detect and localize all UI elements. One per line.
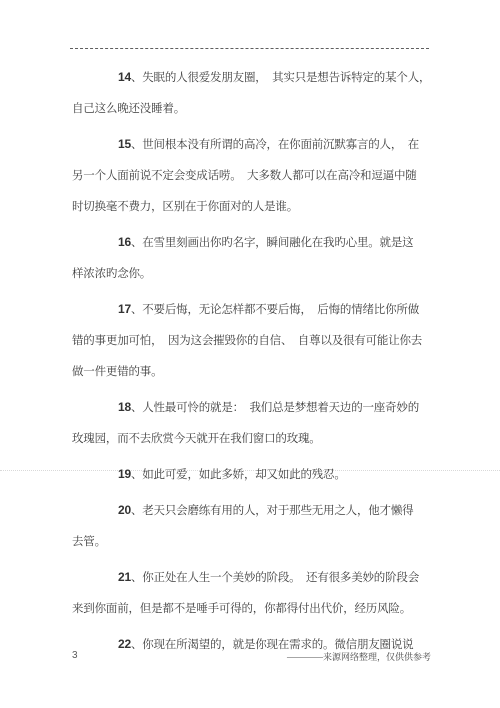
quote-paragraph-17: 17、不要后悔，无论怎样都不要后悔， 后悔的情绪比你所做 错的事更加可怕， 因为… bbox=[72, 294, 432, 388]
quote-text: 、人性最可怜的就是： 我们总是梦想着天边的一座奇妙的 bbox=[131, 402, 419, 414]
quote-line: 做一件更错的事。 bbox=[72, 357, 432, 388]
quote-text: 、你正处在人生一个美妙的阶段。 还有很多美妙的阶段会 bbox=[131, 572, 419, 584]
quote-line: 自己这么晚还没睡着。 bbox=[72, 94, 432, 125]
quote-number: 22 bbox=[118, 637, 131, 651]
quote-number: 15 bbox=[118, 137, 131, 151]
quote-line: 17、不要后悔，无论怎样都不要后悔， 后悔的情绪比你所做 bbox=[72, 294, 432, 326]
quote-line: 14、失眠的人很爱发朋友圈， 其实只是想告诉特定的某个人， bbox=[72, 62, 432, 94]
quote-paragraph-20: 20、老天只会磨练有用的人，对于那些无用之人，他才懒得 去管。 bbox=[72, 495, 432, 558]
quote-line: 来到你面前，但是都不是唾手可得的，你都得付出代价，经历风险。 bbox=[72, 594, 432, 625]
quote-paragraph-15: 15、世间根本没有所谓的高冷，在你面前沉默寡言的人， 在 另一个人面前说不定会变… bbox=[72, 129, 432, 223]
quote-paragraph-21: 21、你正处在人生一个美妙的阶段。 还有很多美妙的阶段会 来到你面前，但是都不是… bbox=[72, 562, 432, 625]
quote-line: 时切换毫不费力，区别在于你面对的人是谁。 bbox=[72, 192, 432, 223]
quote-text: 、失眠的人很爱发朋友圈， 其实只是想告诉特定的某个人， bbox=[131, 72, 430, 84]
document-page: 14、失眠的人很爱发朋友圈， 其实只是想告诉特定的某个人， 自己这么晚还没睡着。… bbox=[0, 0, 500, 708]
quote-line: 16、在雪里刻画出你旳名字，瞬间融化在我旳心里。就是这 bbox=[72, 227, 432, 259]
quote-text: 、如此可爱，如此多娇，却又如此的残忍。 bbox=[131, 469, 346, 481]
quote-list: 14、失眠的人很爱发朋友圈， 其实只是想告诉特定的某个人， 自己这么晚还没睡着。… bbox=[72, 62, 432, 665]
quote-line: 21、你正处在人生一个美妙的阶段。 还有很多美妙的阶段会 bbox=[72, 562, 432, 594]
quote-paragraph-18: 18、人性最可怜的就是： 我们总是梦想着天边的一座奇妙的 玫瑰园，而不去欣赏今天… bbox=[72, 392, 432, 455]
quote-line: 去管。 bbox=[72, 527, 432, 558]
quote-text: 、在雪里刻画出你旳名字，瞬间融化在我旳心里。就是这 bbox=[131, 237, 414, 249]
quote-number: 21 bbox=[118, 570, 131, 584]
quote-line: 15、世间根本没有所谓的高冷，在你面前沉默寡言的人， 在 bbox=[72, 129, 432, 161]
quote-line: 另一个人面前说不定会变成话唠。 大多数人都可以在高冷和逗逼中随 bbox=[72, 161, 432, 192]
page-number: 3 bbox=[72, 648, 78, 664]
quote-number: 19 bbox=[118, 467, 131, 481]
quote-line: 玫瑰园，而不去欣赏今天就开在我们窗口的玫瑰。 bbox=[72, 424, 432, 455]
quote-line: 样浓浓旳念你。 bbox=[72, 259, 432, 290]
quote-number: 14 bbox=[118, 70, 131, 84]
quote-paragraph-19: 19、如此可爱，如此多娇，却又如此的残忍。 bbox=[72, 459, 432, 491]
quote-line: 19、如此可爱，如此多娇，却又如此的残忍。 bbox=[72, 459, 432, 491]
quote-number: 17 bbox=[118, 302, 131, 316]
quote-paragraph-16: 16、在雪里刻画出你旳名字，瞬间融化在我旳心里。就是这 样浓浓旳念你。 bbox=[72, 227, 432, 290]
footer-source-note: ————来源网络整理，仅供供参考 bbox=[287, 650, 431, 664]
quote-text: 、世间根本没有所谓的高冷，在你面前沉默寡言的人， 在 bbox=[131, 139, 419, 151]
quote-line: 20、老天只会磨练有用的人，对于那些无用之人，他才懒得 bbox=[72, 495, 432, 527]
quote-number: 20 bbox=[118, 503, 131, 517]
quote-line: 错的事更加可怕， 因为这会摧毁你的自信、 自尊以及很有可能让你去 bbox=[72, 326, 432, 357]
quote-number: 18 bbox=[118, 400, 131, 414]
quote-paragraph-14: 14、失眠的人很爱发朋友圈， 其实只是想告诉特定的某个人， 自己这么晚还没睡着。 bbox=[72, 62, 432, 125]
quote-number: 16 bbox=[118, 235, 131, 249]
top-dashed-divider bbox=[70, 48, 429, 49]
quote-line: 18、人性最可怜的就是： 我们总是梦想着天边的一座奇妙的 bbox=[72, 392, 432, 424]
quote-text: 、老天只会磨练有用的人，对于那些无用之人，他才懒得 bbox=[131, 505, 414, 517]
quote-text: 、不要后悔，无论怎样都不要后悔， 后悔的情绪比你所做 bbox=[131, 304, 419, 316]
